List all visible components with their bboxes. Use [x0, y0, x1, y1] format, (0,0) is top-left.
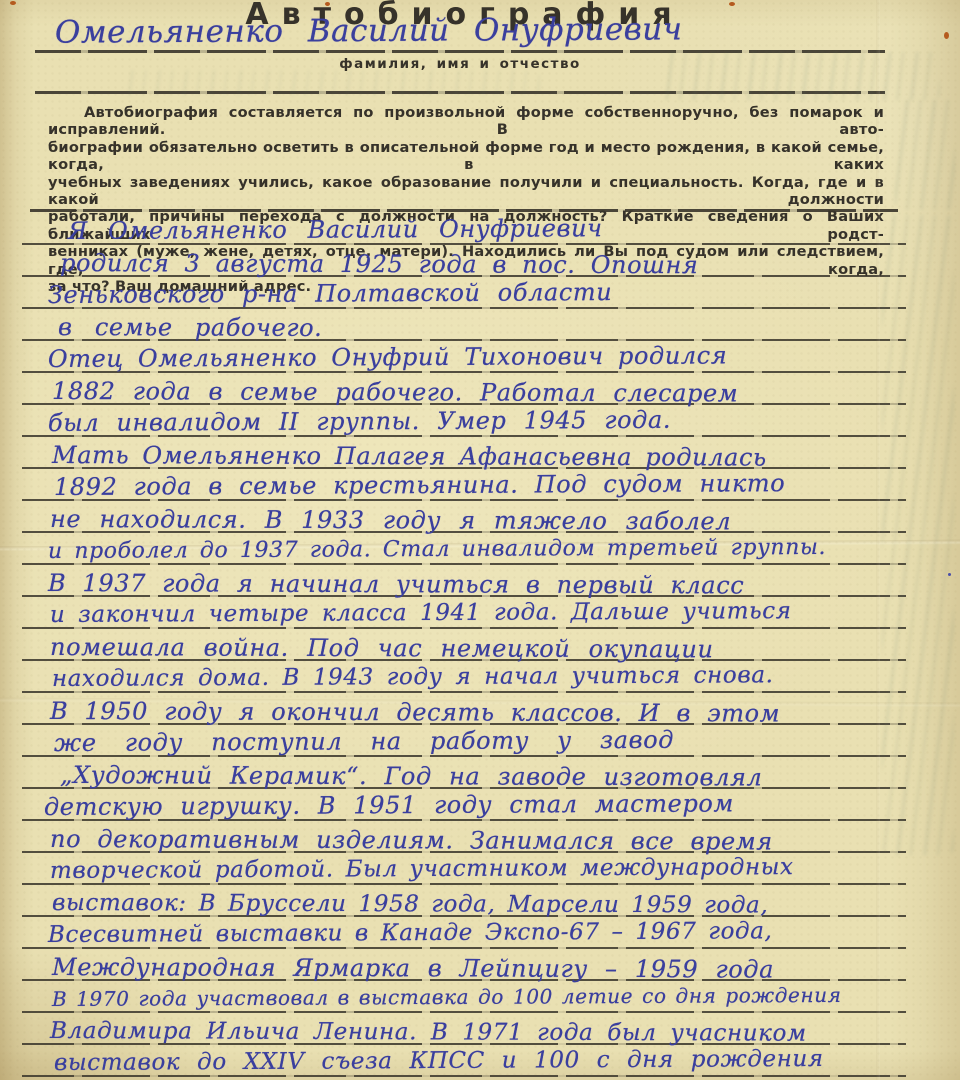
handwritten-line: не находился. В 1933 году я тяжело забол… — [30, 500, 902, 532]
name-rule-line — [35, 50, 885, 53]
handwritten-line: 1892 года в семье крестьянина. Под судом… — [30, 468, 902, 500]
handwritten-line: и проболел до 1937 года. Стал инвалидом … — [30, 532, 902, 564]
handwritten-line: по декоративным изделиям. Занимался все … — [30, 820, 902, 852]
paper-speck — [944, 32, 949, 39]
handwritten-line: же году поступил на работу у завод — [30, 724, 902, 756]
handwritten-line: В 1937 года я начинал учиться в первый к… — [30, 564, 902, 596]
handwritten-line: творческой работой. Был участником между… — [30, 852, 902, 884]
handwritten-text: творческой работой. Был участником между… — [50, 855, 794, 884]
paper-speck — [325, 2, 330, 6]
handwritten-line: выставок: В Бруссели 1958 года, Марсели … — [30, 884, 902, 916]
handwritten-line: был инвалидом II группы. Умер 1945 года. — [30, 404, 902, 436]
autobiography-scanned-page: Автобиография Омельяненко Василий Онуфри… — [0, 0, 960, 1080]
handwritten-text: В 1937 года я начинал учиться в первый к… — [48, 571, 744, 598]
handwritten-text: детскую игрушку. В 1951 году стал мастер… — [44, 791, 734, 820]
handwritten-line: 1882 года в семье рабочего. Работал слес… — [30, 372, 902, 404]
handwritten-line: помешала война. Под час немецкой окупаци… — [30, 628, 902, 660]
handwritten-line: Я Омельяненко Василий Онуфриевич — [30, 212, 902, 244]
bleed-through-ghost-text — [895, 100, 955, 210]
handwritten-text: же году поступил на работу у завод — [54, 728, 674, 756]
handwritten-line: в семье рабочего. — [30, 308, 902, 340]
handwritten-text: в семье рабочего. — [58, 315, 322, 341]
name-caption: фамилия, имя и отчество — [35, 56, 885, 72]
instructions-line: биографии обязательно осветить в описате… — [48, 139, 884, 174]
handwritten-text: 1892 года в семье крестьянина. Под судом… — [54, 471, 785, 500]
handwritten-line: родился 3 августа 1925 года в пос. Опошн… — [30, 244, 902, 276]
paper-speck — [10, 1, 16, 5]
blank-rule-line — [35, 91, 885, 94]
handwritten-text: помешала война. Под час немецкой окупаци… — [50, 635, 714, 662]
handwritten-text: Владимира Ильича Ленина. В 1971 года был… — [50, 1019, 807, 1047]
instructions-line: Автобиография составляется по произвольн… — [48, 104, 884, 139]
name-handwritten: Омельяненко Василий Онуфриевич — [55, 14, 683, 48]
handwritten-text: и закончил четыре класса 1941 года. Даль… — [50, 599, 792, 628]
handwritten-line: В 1970 года участвовал в выставка до 100… — [30, 980, 902, 1012]
handwritten-line: Международная Ярмарка в Лейпцигу – 1959 … — [30, 948, 902, 980]
handwritten-text: выставок: В Бруссели 1958 года, Марсели … — [52, 891, 768, 919]
handwritten-text: Международная Ярмарка в Лейпцигу – 1959 … — [52, 955, 774, 983]
handwritten-text: Зеньковского р-на Полтавской области — [48, 280, 613, 308]
handwritten-line: детскую игрушку. В 1951 году стал мастер… — [30, 788, 902, 820]
ink-speck — [948, 573, 951, 576]
handwritten-text: В 1950 году я окончил десять классов. И … — [50, 699, 780, 727]
handwritten-line: Владимира Ильича Ленина. В 1971 года был… — [30, 1012, 902, 1044]
handwritten-text: не находился. В 1933 году я тяжело забол… — [50, 507, 731, 534]
handwritten-line: „Художний Керамик“. Год на заводе изгото… — [30, 756, 902, 788]
handwritten-line: находился дома. В 1943 году я начал учит… — [30, 660, 902, 692]
handwritten-text: 1882 года в семье рабочего. Работал слес… — [52, 379, 738, 406]
handwritten-line: выставок до XXIV съеза КПСС и 100 с дня … — [30, 1044, 902, 1076]
handwritten-text: Всесвитней выставки в Канаде Экспо-67 – … — [48, 919, 773, 948]
instructions-line: учебных заведениях учились, какое образо… — [48, 174, 884, 209]
handwritten-line: В 1950 году я окончил десять классов. И … — [30, 692, 902, 724]
handwritten-body: Я Омельяненко Василий Онуфриевич родился… — [30, 212, 902, 1076]
handwritten-text: находился дома. В 1943 году я начал учит… — [52, 663, 774, 692]
handwritten-text: В 1970 года участвовал в выставка до 100… — [52, 983, 842, 1012]
handwritten-line: Отец Омельяненко Онуфрий Тихонович родил… — [30, 340, 902, 372]
handwritten-text: Мать Омельяненко Палагея Афанасьевна род… — [52, 443, 767, 470]
handwritten-text: Я Омельяненко Василий Онуфриевич — [68, 216, 603, 244]
handwritten-line: Мать Омельяненко Палагея Афанасьевна род… — [30, 436, 902, 468]
handwritten-text: выставок до XXIV съеза КПСС и 100 с дня … — [54, 1047, 824, 1076]
handwritten-text: был инвалидом II группы. Умер 1945 года. — [48, 408, 671, 436]
handwritten-text: родился 3 августа 1925 года в пос. Опошн… — [60, 251, 698, 278]
handwritten-text: по декоративным изделиям. Занимался все … — [50, 827, 773, 855]
handwritten-line: и закончил четыре класса 1941 года. Даль… — [30, 596, 902, 628]
handwritten-text: „Художний Керамик“. Год на заводе изгото… — [60, 763, 762, 790]
handwritten-text: и проболел до 1937 года. Стал инвалидом … — [48, 535, 826, 564]
handwritten-line: Всесвитней выставки в Канаде Экспо-67 – … — [30, 916, 902, 948]
handwritten-text: Отец Омельяненко Онуфрий Тихонович родил… — [48, 343, 727, 372]
paper-speck — [729, 2, 735, 6]
handwritten-line: Зеньковского р-на Полтавской области — [30, 276, 902, 308]
